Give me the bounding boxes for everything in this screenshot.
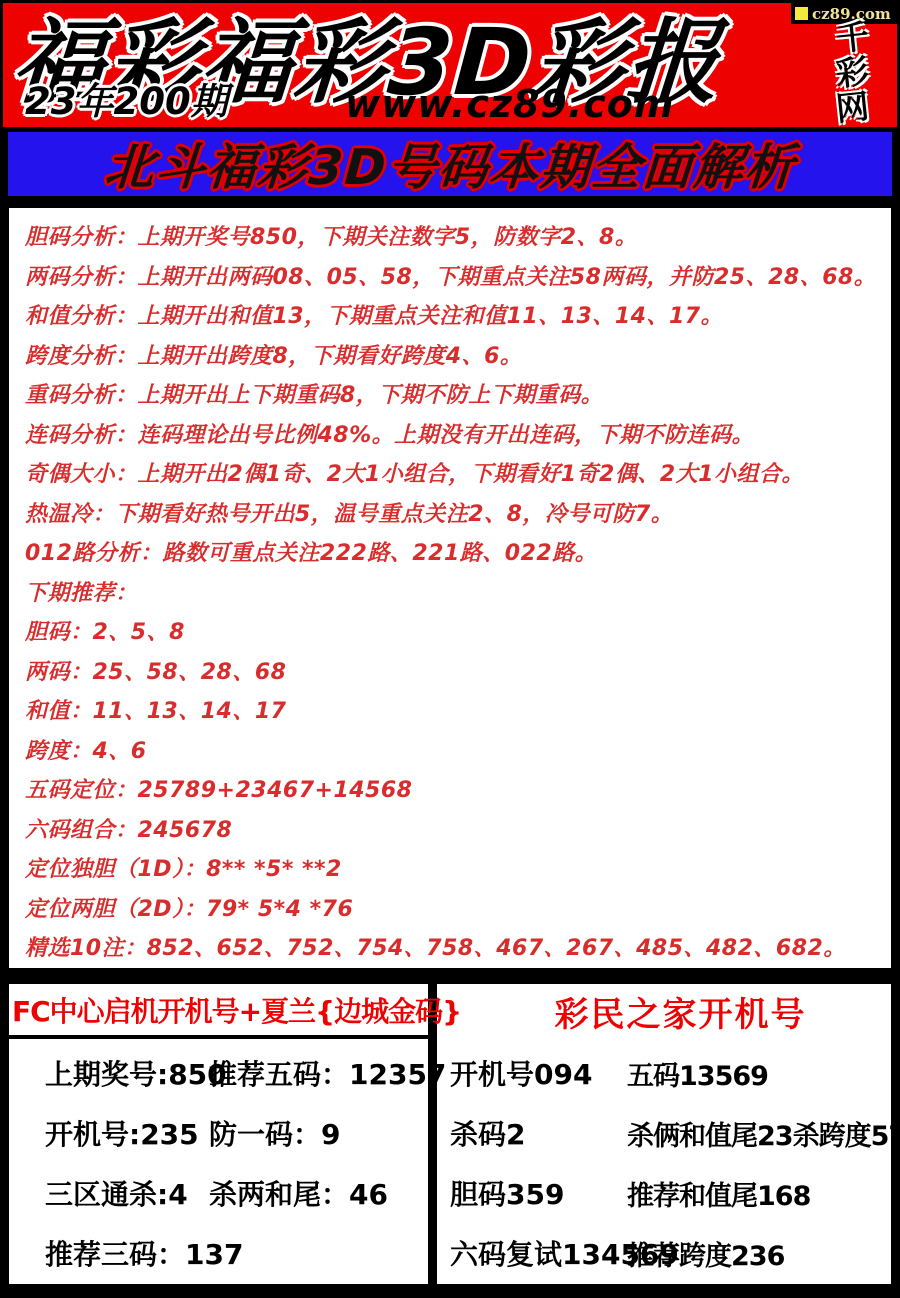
analysis-line: 定位两胆（2D）：79* 5*4 *76 (25, 890, 885, 930)
analysis-line: 定位独胆（1D）：8** *5* **2 (25, 850, 885, 890)
banner-title: 北斗福彩3D号码本期全面解析 (102, 129, 798, 199)
table-row: 六码复试134569 推荐跨度236 (437, 1223, 900, 1283)
website-url: www.cz89.com (345, 82, 675, 126)
table-row: 开机号:235 防一码：9 (9, 1103, 428, 1163)
caimin-box-rows: 开机号094 五码13569 杀码2 杀俩和值尾23杀跨度578 胆码359 推… (437, 1039, 900, 1284)
analysis-line: 胆码：2、5、8 (25, 613, 885, 653)
table-row: 上期奖号:850 推荐五码：12357 (9, 1043, 428, 1103)
fc-cell: 杀两和尾：46 (209, 1178, 388, 1211)
analysis-line: 和值分析：上期开出和值13，下期重点关注和值11、13、14、17。 (25, 297, 885, 337)
fc-cell: 上期奖号:850 (45, 1058, 227, 1091)
analysis-line: 热温冷：下期看好热号开出5，温号重点关注2、8，冷号可防7。 (25, 495, 885, 535)
caimin-cell: 胆码359 (450, 1178, 564, 1211)
analysis-line: 五码定位：25789+23467+14568 (25, 771, 885, 811)
analysis-line: 胆码分析：上期开奖号850，下期关注数字5，防数字2、8。 (25, 218, 885, 258)
caimin-cell: 五码13569 (627, 1061, 768, 1092)
analysis-line: 两码分析：上期开出两码08、05、58，下期重点关注58两码，并防25、28、6… (25, 258, 885, 298)
badge-square-icon (795, 7, 808, 20)
caimin-cell: 开机号094 (450, 1058, 592, 1091)
fc-cell: 开机号:235 (45, 1118, 199, 1151)
caimin-box: 彩民之家开机号 开机号094 五码13569 杀码2 杀俩和值尾23杀跨度578… (437, 984, 900, 1284)
analysis-line: 重码分析：上期开出上下期重码8，下期不防上下期重码。 (25, 376, 885, 416)
masthead: 福彩福彩3D彩报 23年200期 www.cz89.com cz89.com 千… (3, 3, 897, 127)
caimin-cell: 杀俩和值尾23杀跨度578 (627, 1121, 900, 1152)
analysis-line: 连码分析：连码理论出号比例48%。上期没有开出连码，下期不防连码。 (25, 416, 885, 456)
caimin-cell: 推荐和值尾168 (627, 1181, 810, 1212)
fc-cell: 推荐五码：12357 (209, 1058, 446, 1091)
analysis-line: 奇偶大小：上期开出2偶1奇、2大1小组合，下期看好1奇2偶、2大1小组合。 (25, 455, 885, 495)
analysis-line: 和值：11、13、14、17 (25, 692, 885, 732)
analysis-line: 下期推荐： (25, 574, 885, 614)
analysis-line: 两码：25、58、28、68 (25, 653, 885, 693)
banner: 北斗福彩3D号码本期全面解析 (3, 127, 897, 202)
table-row: 胆码359 推荐和值尾168 (437, 1163, 900, 1223)
issue-number: 23年200期 (25, 71, 228, 125)
fc-cell: 防一码：9 (209, 1118, 340, 1151)
fc-cell: 三区通杀:4 (45, 1178, 188, 1211)
analysis-line: 跨度：4、6 (25, 732, 885, 772)
table-row: 三区通杀:4 杀两和尾：46 (9, 1163, 428, 1223)
analysis-line: 六码组合：245678 (25, 811, 885, 851)
fc-box-rows: 上期奖号:850 推荐五码：12357 开机号:235 防一码：9 三区通杀:4… (9, 1039, 428, 1284)
analysis-line: 跨度分析：上期开出跨度8，下期看好跨度4、6。 (25, 337, 885, 377)
caimin-cell: 杀码2 (450, 1118, 525, 1151)
analysis-line: 012路分析：路数可重点关注222路、221路、022路。 (25, 534, 885, 574)
table-row: 开机号094 五码13569 (437, 1043, 900, 1103)
caimin-cell: 推荐跨度236 (627, 1241, 784, 1272)
fc-box-title: FC中心启机开机号+夏兰{边城金码} (9, 984, 428, 1039)
lottery-bulletin: 福彩福彩3D彩报 23年200期 www.cz89.com cz89.com 千… (0, 0, 900, 1298)
table-row: 推荐三码：137 (9, 1223, 428, 1283)
analysis-line: 精选10注：852、652、752、754、758、467、267、485、48… (25, 929, 885, 969)
analysis-box: 胆码分析：上期开奖号850，下期关注数字5，防数字2、8。 两码分析：上期开出两… (3, 202, 897, 974)
vertical-watermark: 千 彩 网 (836, 21, 869, 125)
caimin-box-title: 彩民之家开机号 (437, 984, 900, 1039)
table-row: 杀码2 杀俩和值尾23杀跨度578 (437, 1103, 900, 1163)
bottom-section: FC中心启机开机号+夏兰{边城金码} 上期奖号:850 推荐五码：12357 开… (3, 974, 897, 1293)
watermark-char: 网 (834, 89, 870, 126)
fc-center-box: FC中心启机开机号+夏兰{边城金码} 上期奖号:850 推荐五码：12357 开… (9, 984, 437, 1284)
fc-cell: 推荐三码：137 (45, 1238, 243, 1271)
